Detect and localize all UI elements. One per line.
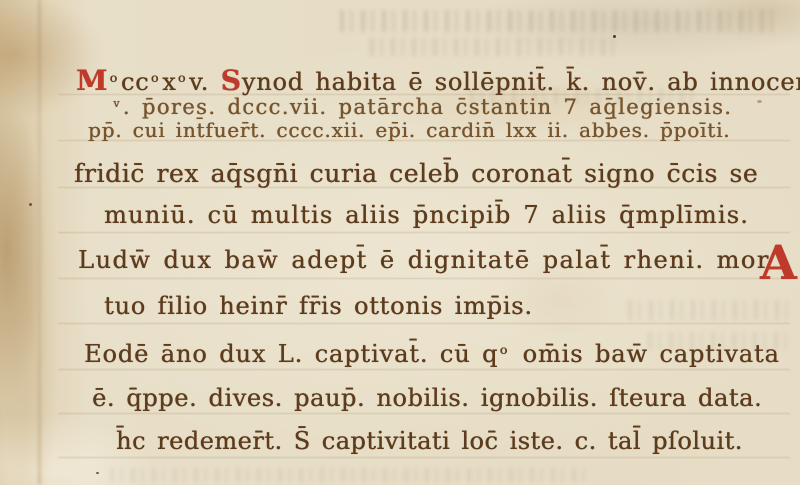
text-line-7-mortuo-filio: tuo filio heinr̄ fr̄is ottonis imp̄is. bbox=[104, 294, 533, 318]
ink-text: o bbox=[149, 70, 162, 85]
rubric-text: S bbox=[221, 63, 242, 97]
ruling-line bbox=[58, 323, 790, 324]
manuscript-page: Moccoxov. Synod habita ē sollēpnit̄. k̄.… bbox=[0, 0, 800, 485]
ink-text: ē. q̄ppe. dives. paup̄. nobilis. ignobil… bbox=[92, 384, 762, 412]
ink-speck bbox=[96, 472, 99, 474]
ruling-line bbox=[58, 232, 790, 233]
ink-text: v. bbox=[189, 68, 220, 96]
ink-speck bbox=[613, 35, 616, 38]
ink-text: Eodē āno dux L. captivat̄. cū q bbox=[84, 340, 498, 368]
rubric-text: M bbox=[76, 63, 108, 97]
ruling-line bbox=[58, 369, 790, 370]
ink-text: Ludw̄ dux baw̄ adept̄ ē dignitatē palat̄… bbox=[78, 246, 770, 274]
ink-text: o bbox=[498, 342, 511, 357]
text-line-2-interlinear: v. p̄ores. dccc.vii. patārcha c̄stantin … bbox=[112, 97, 732, 118]
text-line-4-frederick-crowned: fridic̄ rex aq̄sgn̄i curia celeb̄ corona… bbox=[74, 161, 758, 186]
ink-speck bbox=[757, 100, 762, 103]
ink-text: o bbox=[176, 70, 189, 85]
text-line-1-year-and-synod: Moccoxov. Synod habita ē sollēpnit̄. k̄.… bbox=[76, 66, 800, 94]
text-line-3-council-numbers: pp̄. cui int̄fuer̄t. cccc.xii. ep̄i. car… bbox=[88, 120, 730, 140]
ink-text: v bbox=[112, 97, 123, 110]
ruling-line bbox=[58, 413, 790, 414]
ink-text: . p̄ores. dccc.vii. patārcha c̄stantin 7… bbox=[123, 95, 733, 119]
show-through-smudge bbox=[110, 468, 590, 482]
text-line-5-munivit: muniū. cū multis aliis p̄ncipib̄ 7 aliis… bbox=[104, 203, 749, 227]
show-through-smudge bbox=[628, 300, 793, 320]
marginal-initial-a: A bbox=[760, 240, 797, 287]
ink-text: fridic̄ rex aq̄sgn̄i curia celeb̄ corona… bbox=[74, 159, 758, 188]
ink-text: tuo filio heinr̄ fr̄is ottonis imp̄is. bbox=[104, 292, 533, 320]
ink-text: om̄is baw̄ captivata bbox=[511, 340, 780, 368]
ink-text: cc bbox=[121, 68, 149, 96]
text-line-9-steura: ē. q̄ppe. dives. paup̄. nobilis. ignobil… bbox=[92, 386, 762, 410]
ink-text: muniū. cū multis aliis p̄ncipib̄ 7 aliis… bbox=[104, 201, 749, 229]
ink-text: o bbox=[108, 70, 121, 85]
show-through-smudge bbox=[340, 10, 780, 32]
parchment-edge-crease bbox=[38, 0, 41, 485]
rubric-text: A bbox=[760, 236, 797, 291]
text-line-8-dux-captured: Eodē āno dux L. captivat̄. cū qo om̄is b… bbox=[84, 342, 780, 366]
ink-speck bbox=[29, 203, 32, 206]
ink-text: x bbox=[162, 68, 176, 96]
ink-text: ynod habita ē sollēpnit̄. k̄. nov̄. ab i… bbox=[242, 68, 800, 96]
ruling-line bbox=[58, 457, 790, 458]
ink-text: pp̄. cui int̄fuer̄t. cccc.xii. ep̄i. car… bbox=[88, 118, 730, 142]
show-through-smudge bbox=[370, 38, 620, 56]
ruling-line bbox=[58, 278, 790, 279]
text-line-6-ludwig-palatinate: Ludw̄ dux baw̄ adept̄ ē dignitatē palat̄… bbox=[78, 248, 770, 272]
text-line-10-redemption: h̄c redemer̄t. S̄ captivitati loc̄ iste.… bbox=[116, 429, 743, 453]
ink-text: h̄c redemer̄t. S̄ captivitati loc̄ iste.… bbox=[116, 427, 743, 455]
